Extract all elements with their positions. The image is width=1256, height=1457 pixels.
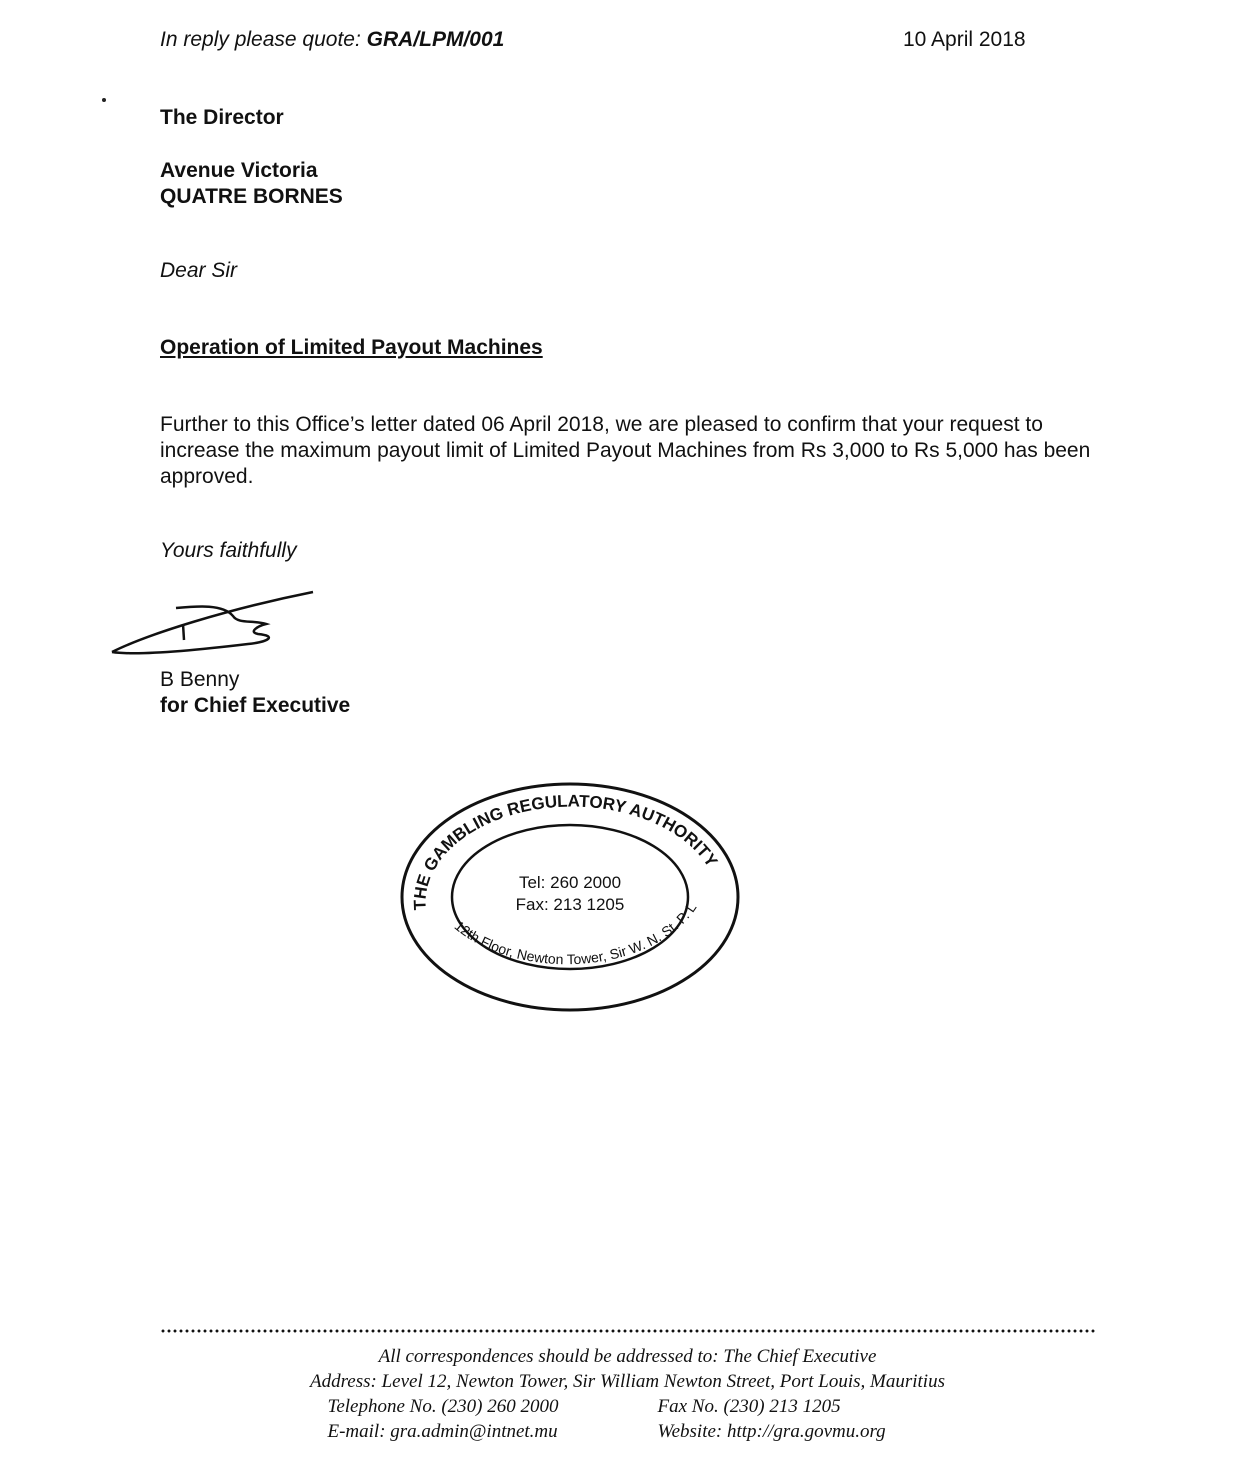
scan-speck xyxy=(102,98,106,102)
footer-fax: Fax No. (230) 213 1205 xyxy=(658,1394,928,1419)
official-stamp: THE GAMBLING REGULATORY AUTHORITY 12th F… xyxy=(398,780,743,1015)
footer-line-1: All correspondences should be addressed … xyxy=(160,1344,1095,1369)
letter-date: 10 April 2018 xyxy=(903,28,1026,52)
stamp-tel: Tel: 260 2000 xyxy=(519,873,621,892)
signer-title: for Chief Executive xyxy=(160,693,350,719)
subject-heading: Operation of Limited Payout Machines xyxy=(160,336,543,360)
closing: Yours faithfully xyxy=(160,539,297,563)
footer-telephone: Telephone No. (230) 260 2000 xyxy=(328,1394,658,1419)
footer-divider xyxy=(160,1328,1095,1334)
footer-web-row: E-mail: gra.admin@intnet.muWebsite: http… xyxy=(160,1419,1095,1444)
recipient-address: Avenue Victoria QUATRE BORNES xyxy=(160,158,343,210)
stamp-fax: Fax: 213 1205 xyxy=(516,895,625,914)
reference-code: GRA/LPM/001 xyxy=(367,28,505,51)
footer-contact-row: Telephone No. (230) 260 2000Fax No. (230… xyxy=(160,1394,1095,1419)
footer-email[interactable]: E-mail: gra.admin@intnet.mu xyxy=(328,1419,658,1444)
salutation: Dear Sir xyxy=(160,259,237,283)
footer-website[interactable]: Website: http://gra.govmu.org xyxy=(658,1419,928,1444)
signer-block: B Benny for Chief Executive xyxy=(160,667,350,719)
footer-line-2: Address: Level 12, Newton Tower, Sir Wil… xyxy=(160,1369,1095,1394)
reference-line: In reply please quote: GRA/LPM/001 xyxy=(160,28,504,52)
signer-name: B Benny xyxy=(160,667,350,693)
reference-label: In reply please quote: xyxy=(160,28,367,51)
signature-icon xyxy=(108,584,328,664)
recipient-name: The Director xyxy=(160,105,284,131)
address-line-2: QUATRE BORNES xyxy=(160,184,343,210)
letter-body: Further to this Office’s letter dated 06… xyxy=(160,412,1120,490)
address-line-1: Avenue Victoria xyxy=(160,158,343,184)
footer: All correspondences should be addressed … xyxy=(160,1344,1095,1444)
